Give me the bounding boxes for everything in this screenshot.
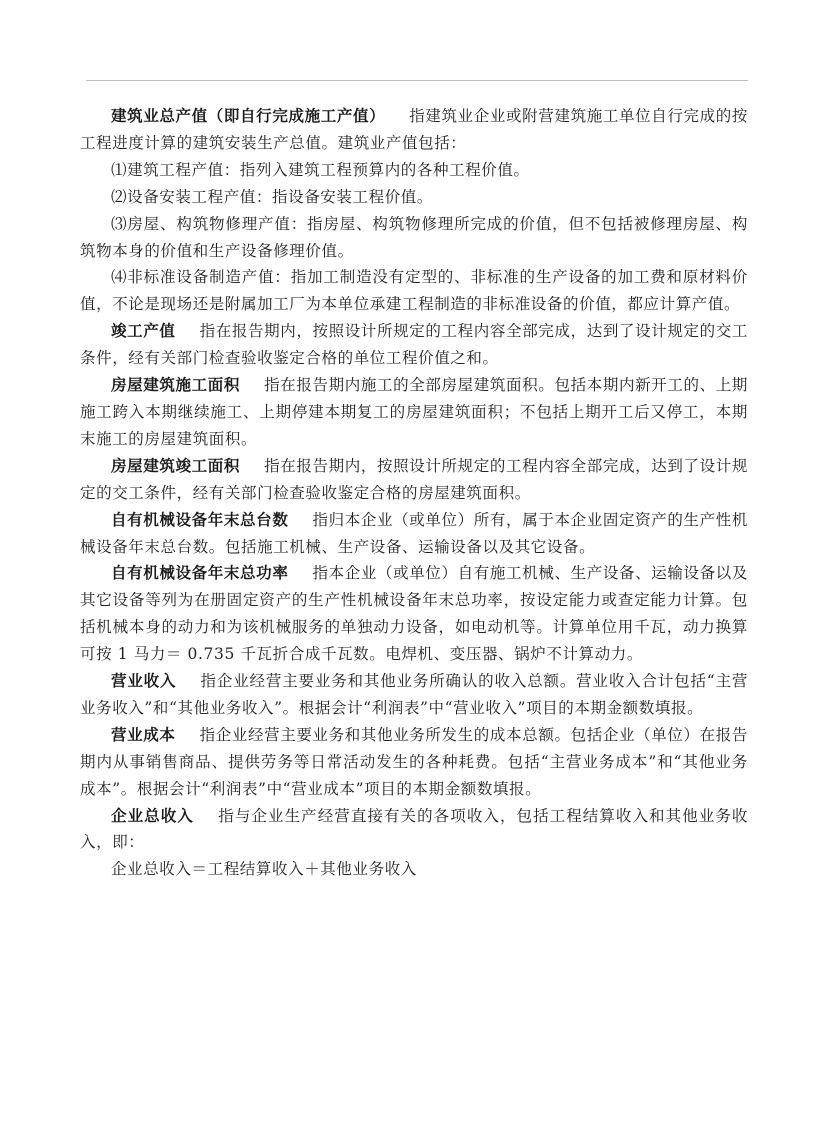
term-heading: 房屋建筑施工面积: [111, 376, 240, 394]
term-heading: 建筑业总产值（即自行完成施工产值）: [111, 107, 385, 125]
formula-text: 企业总收入＝工程结算收入＋其他业务收入: [111, 860, 417, 878]
term-heading: 自有机械设备年末总功率: [111, 564, 288, 582]
paragraph-list-item-1: ⑴建筑工程产值：指列入建筑工程预算内的各种工程价值。: [80, 157, 748, 184]
paragraph-total-revenue: 企业总收入指与企业生产经营直接有关的各项收入，包括工程结算收入和其他业务收入，即…: [80, 803, 748, 857]
term-heading: 企业总收入: [111, 807, 194, 825]
header-divider: [86, 80, 748, 81]
paragraph-formula: 企业总收入＝工程结算收入＋其他业务收入: [80, 856, 748, 883]
definition-text: 指企业经营主要业务和其他业务所发生的成本总额。包括企业（单位）在报告期内从事销售…: [80, 726, 748, 798]
term-heading: 营业收入: [111, 672, 176, 690]
document-page: 建筑业总产值（即自行完成施工产值）指建筑业企业或附营建筑施工单位自行完成的按工程…: [0, 0, 827, 1122]
paragraph-completed-output: 竣工产值指在报告期内，按照设计所规定的工程内容全部完成，达到了设计规定的交工条件…: [80, 318, 748, 372]
paragraph-construction-output: 建筑业总产值（即自行完成施工产值）指建筑业企业或附营建筑施工单位自行完成的按工程…: [80, 103, 748, 157]
list-item-text: ⑵设备安装工程产值：指设备安装工程价值。: [111, 188, 433, 206]
term-heading: 营业成本: [111, 726, 176, 744]
paragraph-construction-area: 房屋建筑施工面积指在报告期内施工的全部房屋建筑面积。包括本期内新开工的、上期施工…: [80, 372, 748, 453]
paragraph-list-item-3: ⑶房屋、构筑物修理产值：指房屋、构筑物修理所完成的价值，但不包括被修理房屋、构筑…: [80, 211, 748, 265]
term-heading: 房屋建筑竣工面积: [111, 457, 240, 475]
paragraph-operating-cost: 营业成本指企业经营主要业务和其他业务所发生的成本总额。包括企业（单位）在报告期内…: [80, 722, 748, 803]
list-item-text: ⑴建筑工程产值：指列入建筑工程预算内的各种工程价值。: [111, 161, 530, 179]
paragraph-operating-revenue: 营业收入指企业经营主要业务和其他业务所确认的收入总额。营业收入合计包括“主营业务…: [80, 668, 748, 722]
paragraph-equipment-power: 自有机械设备年末总功率指本企业（或单位）自有施工机械、生产设备、运输设备以及其它…: [80, 560, 748, 668]
definition-text: 指企业经营主要业务和其他业务所确认的收入总额。营业收入合计包括“主营业务收入”和…: [80, 672, 748, 717]
document-body: 建筑业总产值（即自行完成施工产值）指建筑业企业或附营建筑施工单位自行完成的按工程…: [80, 103, 748, 883]
paragraph-equipment-count: 自有机械设备年末总台数指归本企业（或单位）所有，属于本企业固定资产的生产性机械设…: [80, 507, 748, 561]
paragraph-list-item-4: ⑷非标准设备制造产值：指加工制造没有定型的、非标准的生产设备的加工费和原材料价值…: [80, 264, 748, 318]
list-item-text: ⑷非标准设备制造产值：指加工制造没有定型的、非标准的生产设备的加工费和原材料价值…: [80, 268, 748, 313]
list-item-text: ⑶房屋、构筑物修理产值：指房屋、构筑物修理所完成的价值，但不包括被修理房屋、构筑…: [80, 215, 748, 260]
definition-text: 指在报告期内，按照设计所规定的工程内容全部完成，达到了设计规定的交工条件，经有关…: [80, 322, 748, 367]
term-heading: 自有机械设备年末总台数: [111, 511, 288, 529]
paragraph-completed-area: 房屋建筑竣工面积指在报告期内，按照设计所规定的工程内容全部完成，达到了设计规定的…: [80, 453, 748, 507]
paragraph-list-item-2: ⑵设备安装工程产值：指设备安装工程价值。: [80, 184, 748, 211]
term-heading: 竣工产值: [111, 322, 176, 340]
